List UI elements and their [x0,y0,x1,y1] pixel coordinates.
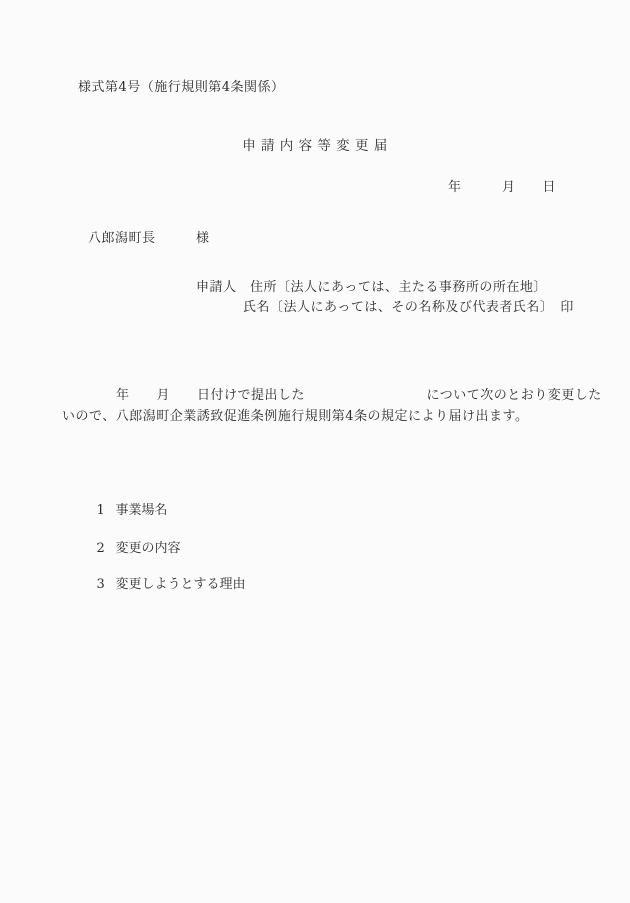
document-title: 申 請 内 容 等 変 更 届 [0,139,630,155]
item-number: 3 [97,577,116,592]
form-number: 様式第4号（施行規則第4条関係） [78,81,285,96]
document-page: 様式第4号（施行規則第4条関係） 申 請 内 容 等 変 更 届 年 月 日 八… [0,0,630,903]
item-label: 変更の内容 [116,541,181,556]
item-number: 1 [97,503,116,518]
body-paragraph-line-2: いので、八郎潟町企業誘致促進条例施行規則第4条の規定により届け出ます。 [62,410,528,425]
applicant-name-seal-line: 氏名〔法人にあっては、その名称及び代表者氏名〕 印 [243,301,574,316]
date-line: 年 月 日 [448,181,556,196]
item-label: 変更しようとする理由 [116,577,246,592]
item-number: 2 [97,541,116,556]
list-item-change-reason: 3変更しようとする理由 [80,558,246,607]
item-label: 事業場名 [116,503,168,518]
body-paragraph-line-1: 年 月 日付けで提出した について次のとおり変更した [62,389,602,404]
applicant-address-line: 申請人 住所〔法人にあっては、主たる事務所の所在地〕 [196,281,547,296]
addressee-line: 八郎潟町長 様 [88,232,210,247]
